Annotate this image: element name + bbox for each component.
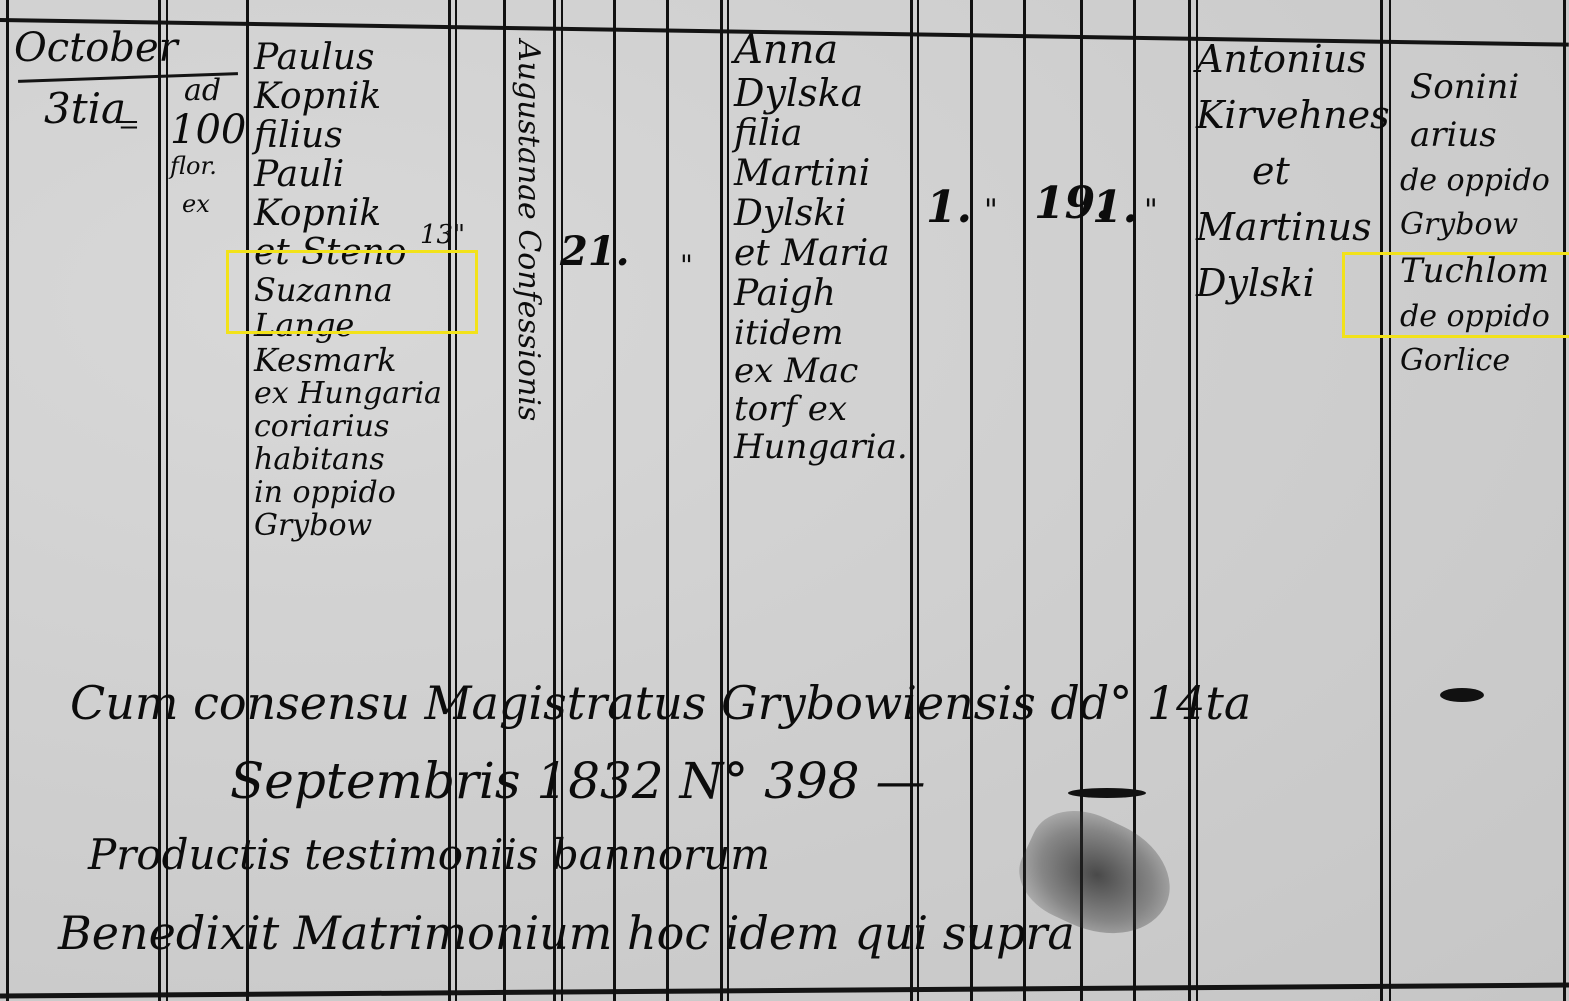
bride-number: ": [984, 196, 998, 226]
bride-line: Dylski: [734, 196, 908, 232]
officiant-line: Sonini: [1410, 70, 1550, 104]
groom-line: ex Hungaria: [254, 379, 442, 409]
witness-line: et: [1252, 152, 1390, 190]
groom-line: Pauli: [254, 157, 442, 193]
officiant-line: de oppido: [1400, 166, 1550, 196]
bride-line: Paigh: [734, 276, 908, 312]
groom-line: coriarius: [254, 412, 442, 442]
groom-line: Kopnik: [254, 79, 442, 115]
witness-line: Martinus: [1196, 208, 1390, 246]
officiant-line: Gorlice: [1400, 346, 1550, 376]
entry-day-mark: =: [118, 112, 140, 138]
footer-line-3: Productis testimoniis bannorum: [88, 834, 770, 876]
groom-line: Kopnik: [254, 196, 442, 232]
witness-line: Antonius: [1196, 40, 1390, 78]
groom-line: Paulus: [254, 40, 442, 76]
officiant-line: Grybow: [1400, 210, 1550, 240]
groom-line: Grybow: [254, 511, 442, 541]
bride-number: 1.: [1092, 186, 1138, 230]
dowry-line: ex: [182, 192, 246, 216]
entry-day: 3tia: [44, 88, 126, 130]
bride-line: torf ex: [734, 392, 908, 426]
officiant-line: arius: [1410, 118, 1550, 152]
bride-line: Martini: [734, 156, 908, 192]
ink-blot: [1068, 788, 1146, 798]
dowry-amount: 100: [170, 110, 246, 150]
bottom-rule: [0, 983, 1569, 999]
bride-column: Anna Dylska filia Martini Dylski et Mari…: [734, 30, 908, 464]
dowry-line: flor.: [170, 154, 246, 178]
bride-line: Anna: [734, 30, 908, 70]
dowry-line: ad: [184, 76, 246, 106]
bride-line: Hungaria.: [734, 430, 908, 464]
footer-line-4: Benedixit Matrimonium hoc idem qui supra: [58, 910, 1075, 956]
bride-line: Dylska: [734, 74, 908, 112]
bride-number: ": [1144, 196, 1158, 226]
register-page: October 3tia = ad 100 flor. ex Paulus Ko…: [0, 0, 1569, 1001]
groom-age-marker: ": [680, 252, 693, 280]
column-rule: [1563, 0, 1566, 1001]
groom-line: filius: [254, 118, 442, 154]
highlight-box-groom-mother: [226, 250, 478, 334]
groom-age: 21.: [560, 232, 630, 272]
bride-line: ex Mac: [734, 354, 908, 388]
column-rule: [1188, 0, 1191, 1001]
groom-line: Kesmark: [254, 344, 442, 376]
footer-line-1: Cum consensu Magistratus Grybowiensis dd…: [70, 680, 1251, 726]
footer-line-2: Septembris 1832 N° 398 —: [230, 756, 926, 806]
dowry-column: ad 100 flor. ex: [170, 76, 246, 216]
ink-blot: [1440, 688, 1484, 702]
month-header: October: [14, 28, 178, 68]
column-rule: [917, 0, 919, 1001]
highlight-box-officiant-place: [1342, 252, 1569, 338]
bride-line: et Maria: [734, 236, 908, 272]
bride-line: itidem: [734, 316, 908, 350]
column-rule: [6, 0, 9, 1001]
groom-age-note: 13": [420, 222, 465, 248]
witness-line: Kirvehnes: [1196, 96, 1390, 134]
column-rule: [970, 0, 973, 1001]
religion-note: Augustanae Confessionis: [511, 40, 546, 421]
bride-number: 1.: [926, 186, 972, 230]
groom-line: in oppido: [254, 478, 442, 508]
groom-line: habitans: [254, 445, 442, 475]
bride-line: filia: [734, 116, 908, 152]
column-rule: [910, 0, 913, 1001]
